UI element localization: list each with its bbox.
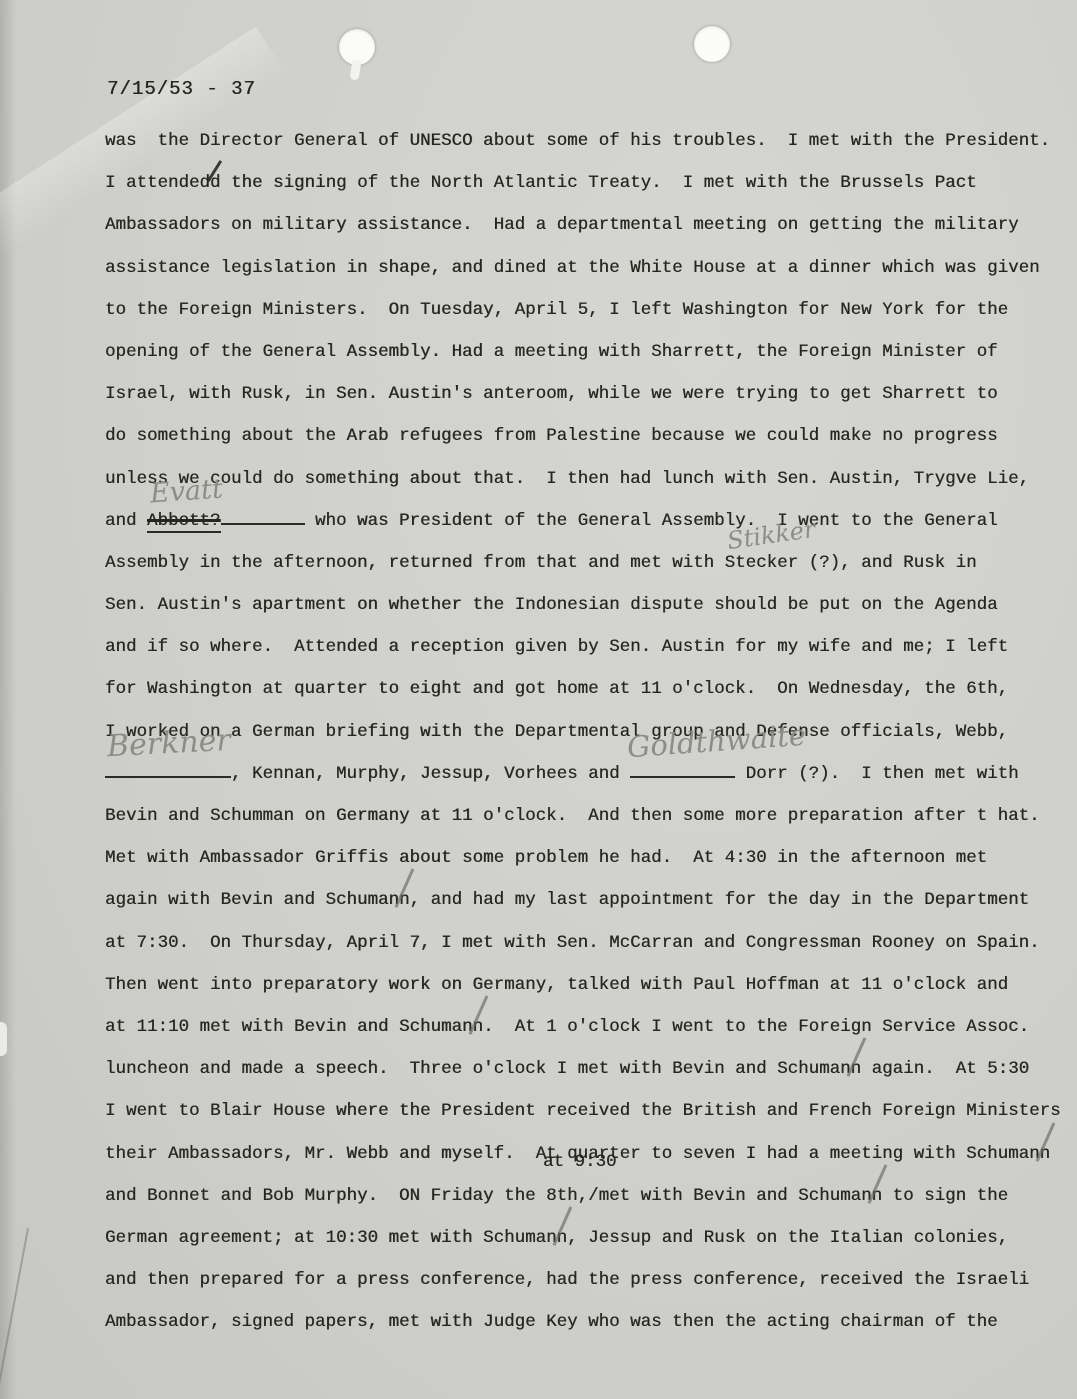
typed-line: Ambassador, signed papers, met with Judg…	[105, 1301, 1071, 1343]
blank-underline	[630, 770, 735, 778]
typed-line: I went to Blair House where the Presiden…	[105, 1090, 1071, 1132]
pencil-slashed-char: n	[557, 1217, 568, 1259]
typed-text: again with Bevin and Schuman	[105, 890, 399, 910]
typed-text: Israel, with Rusk, in Sen. Austin's ante…	[105, 384, 998, 404]
typed-line: I worked on a German briefing with the D…	[105, 711, 1071, 753]
typed-text: Sen. Austin's apartment on whether the I…	[105, 595, 998, 615]
typed-line: and then prepared for a press conference…	[105, 1259, 1071, 1301]
typed-text: Bevin and Schumman on Germany at 11 o'cl…	[105, 806, 1040, 826]
typed-text: and if so where. Attended a reception gi…	[105, 637, 1008, 657]
handwritten-annotation: Berkner	[106, 726, 231, 762]
typed-line: German agreement; at 10:30 met with Schu…	[105, 1217, 1071, 1259]
punch-hole-left-tear	[349, 59, 361, 80]
pencil-slashed-char: n	[399, 879, 410, 921]
typed-line: unless we could do something about that.…	[105, 458, 1071, 500]
typed-text: luncheon and made a speech. Three o'cloc…	[105, 1059, 851, 1079]
typed-line: Bevin and Schumman on Germany at 11 o'cl…	[105, 795, 1071, 837]
blank-underline	[105, 770, 231, 778]
typed-text: at 7:30. On Thursday, April 7, I met wit…	[105, 933, 1040, 953]
typed-text: . At 1 o'clock I went to the Foreign Ser…	[483, 1017, 1029, 1037]
pencil-slashed-char: d	[210, 162, 221, 204]
typed-line: Then went into preparatory work on Germa…	[105, 964, 1071, 1006]
typed-text: Ambassadors on military assistance. Had …	[105, 215, 1019, 235]
typed-text: , Kennan, Murphy, Jessup, Vorhees and	[231, 764, 630, 784]
typed-line: I attendedd the signing of the North Atl…	[105, 162, 1071, 204]
pencil-slashed-char: n	[473, 1006, 484, 1048]
typed-line: for Washington at quarter to eight and g…	[105, 668, 1071, 710]
typed-text: German agreement; at 10:30 met with Schu…	[105, 1228, 557, 1248]
typed-text: was the Director General of UNESCO about…	[105, 131, 1050, 151]
typed-text: Met with Ambassador Griffis about some p…	[105, 848, 987, 868]
handwritten-annotation: Evatt	[149, 475, 223, 507]
typed-text: who was President of the General Assembl…	[305, 511, 998, 531]
typed-line: assistance legislation in shape, and din…	[105, 247, 1071, 289]
typed-line: Met with Ambassador Griffis about some p…	[105, 837, 1071, 879]
typed-text: Dorr (?). I then met with	[735, 764, 1019, 784]
typed-text: do something about the Arab refugees fro…	[105, 426, 998, 446]
typed-line: Assembly in the afternoon, returned from…	[105, 542, 1071, 584]
typed-text: I attended	[105, 173, 210, 193]
typed-text: to sign the	[882, 1186, 1008, 1206]
typed-text: Assembly in the afternoon, returned from…	[105, 553, 977, 573]
typed-text: Then went into preparatory work on Germa…	[105, 975, 1008, 995]
punch-hole-right	[694, 26, 730, 62]
typed-text: and then prepared for a press conference…	[105, 1270, 1029, 1290]
typed-line: and Abbott? who was President of the Gen…	[105, 500, 1071, 542]
typed-text: unless we could do something about that.…	[105, 469, 1029, 489]
typed-line: and if so where. Attended a reception gi…	[105, 626, 1071, 668]
typed-text: Ambassador, signed papers, met with Judg…	[105, 1312, 998, 1332]
typed-line: at 7:30. On Thursday, April 7, I met wit…	[105, 922, 1071, 964]
typed-text: , and had my last appointment for the da…	[410, 890, 1030, 910]
typed-line: at 11:10 met with Bevin and Schumann. At…	[105, 1006, 1071, 1048]
typed-text: and Bonnet and Bob Murphy. ON Friday the…	[105, 1186, 872, 1206]
struck-out-text: Abbott?	[147, 511, 221, 533]
paper-edge-tear	[0, 1022, 7, 1056]
typed-text: and	[105, 511, 147, 531]
typed-text: I went to Blair House where the Presiden…	[105, 1101, 1061, 1121]
typed-text: again. At 5:30	[861, 1059, 1029, 1079]
pencil-slashed-char: n	[872, 1175, 883, 1217]
typed-text: to the Foreign Ministers. On Tuesday, Ap…	[105, 300, 1008, 320]
typed-text: at 11:10 met with Bevin and Schuman	[105, 1017, 473, 1037]
typed-text: , Jessup and Rusk on the Italian colonie…	[567, 1228, 1008, 1248]
blank-underline	[221, 517, 305, 525]
typed-line: luncheon and made a speech. Three o'cloc…	[105, 1048, 1071, 1090]
typed-insertion: at 9:30	[543, 1154, 617, 1172]
typed-text: for Washington at quarter to eight and g…	[105, 679, 1008, 699]
typed-text: opening of the General Assembly. Had a m…	[105, 342, 998, 362]
typed-line: Israel, with Rusk, in Sen. Austin's ante…	[105, 373, 1071, 415]
typed-line: was the Director General of UNESCO about…	[105, 120, 1071, 162]
typed-line: again with Bevin and Schumann, and had m…	[105, 879, 1071, 921]
typed-line: Sen. Austin's apartment on whether the I…	[105, 584, 1071, 626]
typed-line: , Kennan, Murphy, Jessup, Vorhees and Do…	[105, 753, 1071, 795]
typed-line: Ambassadors on military assistance. Had …	[105, 204, 1071, 246]
typed-text: the signing of the North Atlantic Treaty…	[221, 173, 977, 193]
typed-line: opening of the General Assembly. Had a m…	[105, 331, 1071, 373]
typed-text: I worked on a German briefing with the D…	[105, 722, 1008, 742]
pencil-slashed-char: n	[1040, 1133, 1051, 1175]
date-page-heading: 7/15/53 - 37	[107, 78, 256, 100]
scanned-document-page: 7/15/53 - 37 was the Director General of…	[0, 0, 1077, 1399]
typed-text-body: was the Director General of UNESCO about…	[105, 120, 1071, 1343]
typed-text: assistance legislation in shape, and din…	[105, 258, 1040, 278]
typed-line: and Bonnet and Bob Murphy. ON Friday the…	[105, 1175, 1071, 1217]
typed-line: to the Foreign Ministers. On Tuesday, Ap…	[105, 289, 1071, 331]
typed-line: do something about the Arab refugees fro…	[105, 415, 1071, 457]
pencil-slashed-char: n	[851, 1048, 862, 1090]
